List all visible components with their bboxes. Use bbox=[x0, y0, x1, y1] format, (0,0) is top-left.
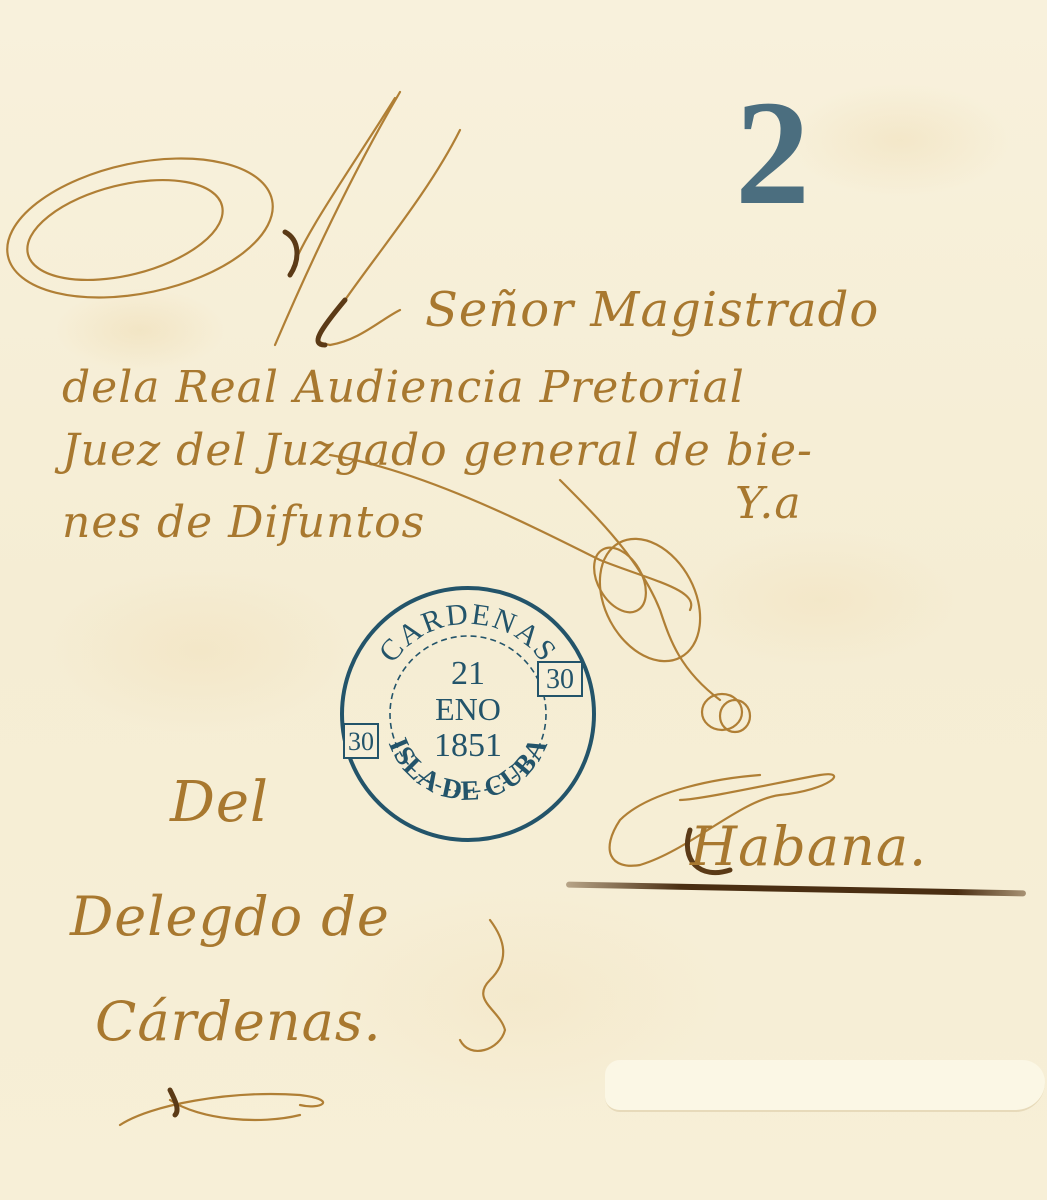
oval-flourish-outer bbox=[0, 136, 286, 319]
sender-line-2: Delegdo de bbox=[70, 885, 390, 948]
postmark-day: 21 bbox=[451, 655, 485, 692]
postmark-left-code: 30 bbox=[348, 727, 374, 756]
address-line-4: nes de Difuntos bbox=[62, 497, 425, 548]
sender-line-1: Del bbox=[170, 770, 269, 835]
rate-handstamp: 2 bbox=[735, 78, 810, 228]
destination-city: Habana. bbox=[690, 815, 927, 878]
address-line-1: Señor Magistrado bbox=[425, 282, 879, 338]
address-line-4-suffix: Y.a bbox=[735, 478, 802, 529]
address-line-3: Juez del Juzgado general de bie- bbox=[62, 425, 813, 476]
postmark-month: ENO bbox=[435, 691, 501, 727]
sender-line-3: Cárdenas. bbox=[95, 990, 382, 1053]
address-line-2: dela Real Audiencia Pretorial bbox=[62, 362, 745, 413]
postmark-right-code: 30 bbox=[546, 664, 574, 695]
postmark-year: 1851 bbox=[434, 727, 502, 764]
cardenas-postmark: CARDENAS ISLA DE CUBA 30 30 21 ENO 1851 bbox=[338, 584, 598, 844]
